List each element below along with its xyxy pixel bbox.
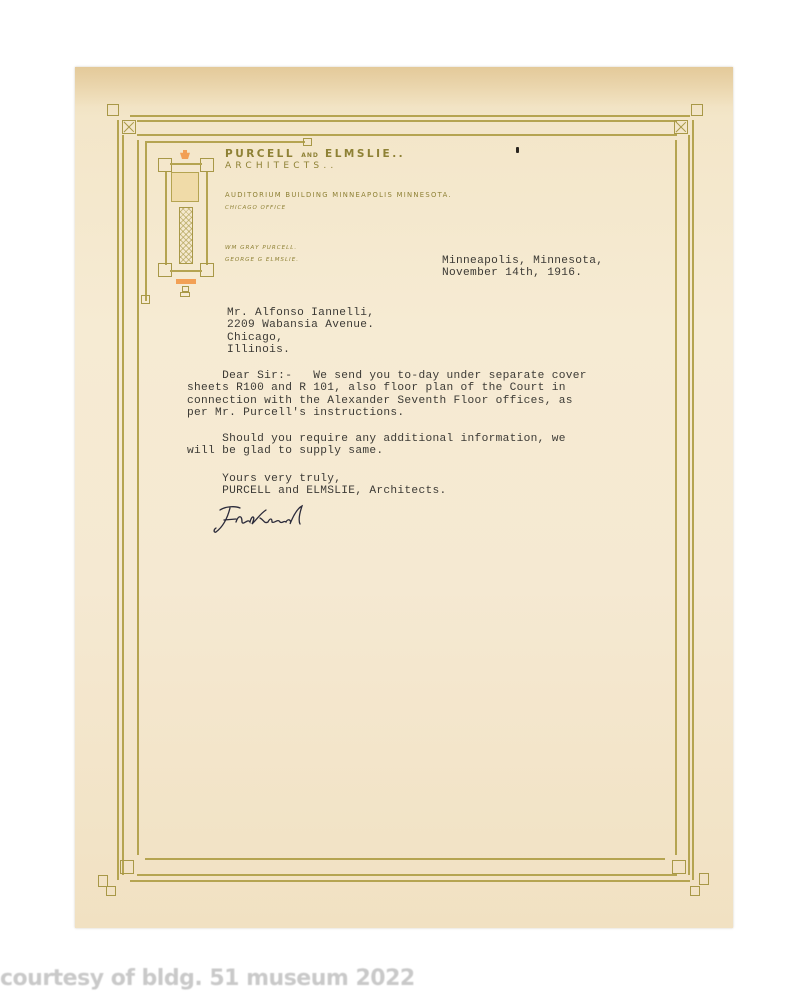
- ink-spot: [516, 147, 519, 153]
- corner-square-bottom-left-2: [106, 886, 116, 896]
- recipient-address: Mr. Alfonso Iannelli,2209 Wabansia Avenu…: [227, 307, 374, 357]
- branch-office: Chicago Office: [225, 205, 286, 211]
- firm-name: Purcell and Elmslie..: [225, 148, 405, 160]
- body-paragraph-1: Dear Sir:- We send you to-day under sepa…: [187, 370, 587, 420]
- signature: [212, 500, 312, 536]
- ornament-panel: [171, 172, 199, 202]
- corner-square-bottom-right-2: [690, 886, 700, 896]
- body-paragraph-2: Should you require any additional inform…: [187, 433, 566, 458]
- closing: Yours very truly, PURCELL and ELMSLIE, A…: [187, 473, 447, 498]
- partner-name: Wm Gray Purcell.: [225, 245, 297, 251]
- corner-x-top-left: [122, 120, 136, 134]
- watermark-caption: courtesy of bldg. 51 museum 2022: [0, 966, 415, 991]
- firm-subtitle: Architects..: [225, 161, 337, 171]
- corner-square-bottom-right: [699, 873, 709, 885]
- corner-square-top-left: [107, 104, 119, 116]
- partner-name: George G Elmslie.: [225, 257, 299, 263]
- place-date: Minneapolis, Minnesota,November 14th, 19…: [442, 255, 603, 280]
- orange-bar-bottom: [176, 279, 196, 284]
- corner-square-top-right: [691, 104, 703, 116]
- corner-x-top-right: [674, 120, 688, 134]
- ornament-lattice: [179, 207, 193, 264]
- firm-address: Auditorium Building Minneapolis Minnesot…: [225, 191, 452, 199]
